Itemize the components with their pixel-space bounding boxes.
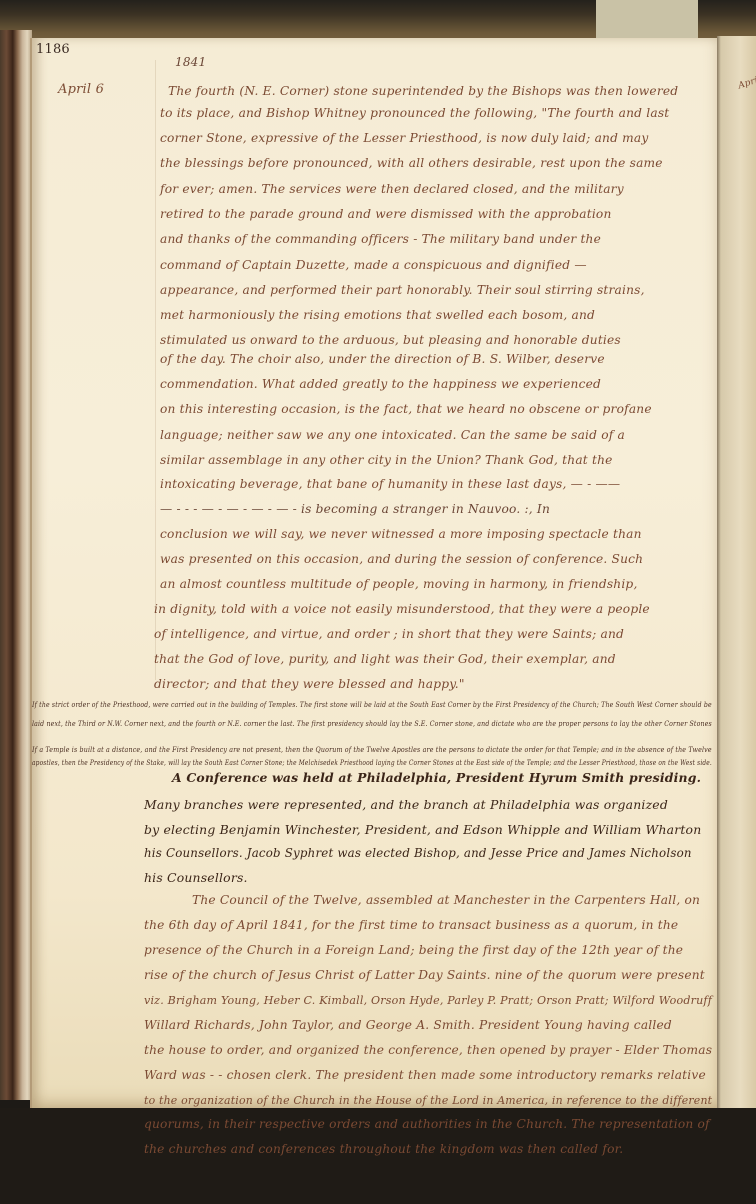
text-line: his Counsellors. Jacob Syphret was elect… [144,846,692,860]
text-line: — - - - — - — - — - — - is becoming a st… [160,502,550,516]
text-line: and thanks of the commanding officers - … [160,232,601,246]
text-line: that the God of love, purity, and light … [154,652,616,666]
text-line: stimulated us onward to the arduous, but… [160,333,621,347]
text-line: Many branches were represented, and the … [144,797,668,812]
footnote-line: If the strict order of the Priesthood, w… [32,700,712,709]
text-line: of intelligence, and virtue, and order ;… [154,627,624,641]
text-line: similar assemblage in any other city in … [160,453,613,467]
text-line: of the day. The choir also, under the di… [160,352,605,366]
text-line: quorums, in their respective orders and … [144,1117,710,1131]
text-line: rise of the church of Jesus Christ of La… [144,968,705,982]
text-line: presence of the Church in a Foreign Land… [144,943,683,957]
footnote-line: If a Temple is built at a distance, and … [32,745,712,754]
text-line: an almost countless multitude of people,… [160,577,638,591]
text-line: the house to order, and organized the co… [144,1043,712,1057]
paper-slip [596,0,698,41]
text-line: by electing Benjamin Winchester, Preside… [144,822,701,837]
text-line: the blessings before pronounced, with al… [160,156,663,170]
text-line: commendation. What added greatly to the … [160,377,601,391]
text-line: conclusion we will say, we never witness… [160,527,642,541]
text-line: on this interesting occasion, is the fac… [160,402,652,416]
year-heading: 1841 [175,55,206,69]
text-line: his Counsellors. [144,870,248,885]
text-line: Ward was - - chosen clerk. The president… [144,1068,706,1082]
text-line: command of Captain Duzette, made a consp… [160,258,587,272]
text-line: to the organization of the Church in the… [144,1093,712,1107]
text-line: language; neither saw we any one intoxic… [160,428,625,442]
text-line: to its place, and Bishop Whitney pronoun… [160,106,669,120]
text-line: The Council of the Twelve, assembled at … [192,893,700,907]
facing-page-edge [717,36,756,1116]
text-line: the churches and conferences throughout … [144,1142,623,1156]
text-line: for ever; amen. The services were then d… [160,182,624,196]
footnote-line: laid next, the Third or N.W. Corner next… [32,719,712,728]
text-line: met harmoniously the rising emotions tha… [160,308,595,322]
text-line: A Conference was held at Philadelphia, P… [172,770,701,785]
footnote-line: apostles, then the Presidency of the Sta… [32,758,712,767]
text-line: in dignity, told with a voice not easily… [154,602,650,616]
margin-rule [155,60,156,680]
text-line: The fourth (N. E. Corner) stone superint… [168,84,678,98]
text-line: the 6th day of April 1841, for the first… [144,918,678,932]
book-binding [0,30,32,1100]
margin-date: April 6 [58,82,104,97]
text-line: viz. Brigham Young, Heber C. Kimball, Or… [144,993,712,1007]
text-line: was presented on this occasion, and duri… [160,552,643,566]
text-line: director; and that they were blessed and… [154,677,465,691]
text-line: corner Stone, expressive of the Lesser P… [160,131,648,145]
text-line: intoxicating beverage, that bane of huma… [160,477,620,491]
text-line: Willard Richards, John Taylor, and Georg… [144,1018,672,1032]
page-number: 1186 [36,42,70,57]
text-line: appearance, and performed their part hon… [160,283,645,297]
text-line: retired to the parade ground and were di… [160,207,612,221]
